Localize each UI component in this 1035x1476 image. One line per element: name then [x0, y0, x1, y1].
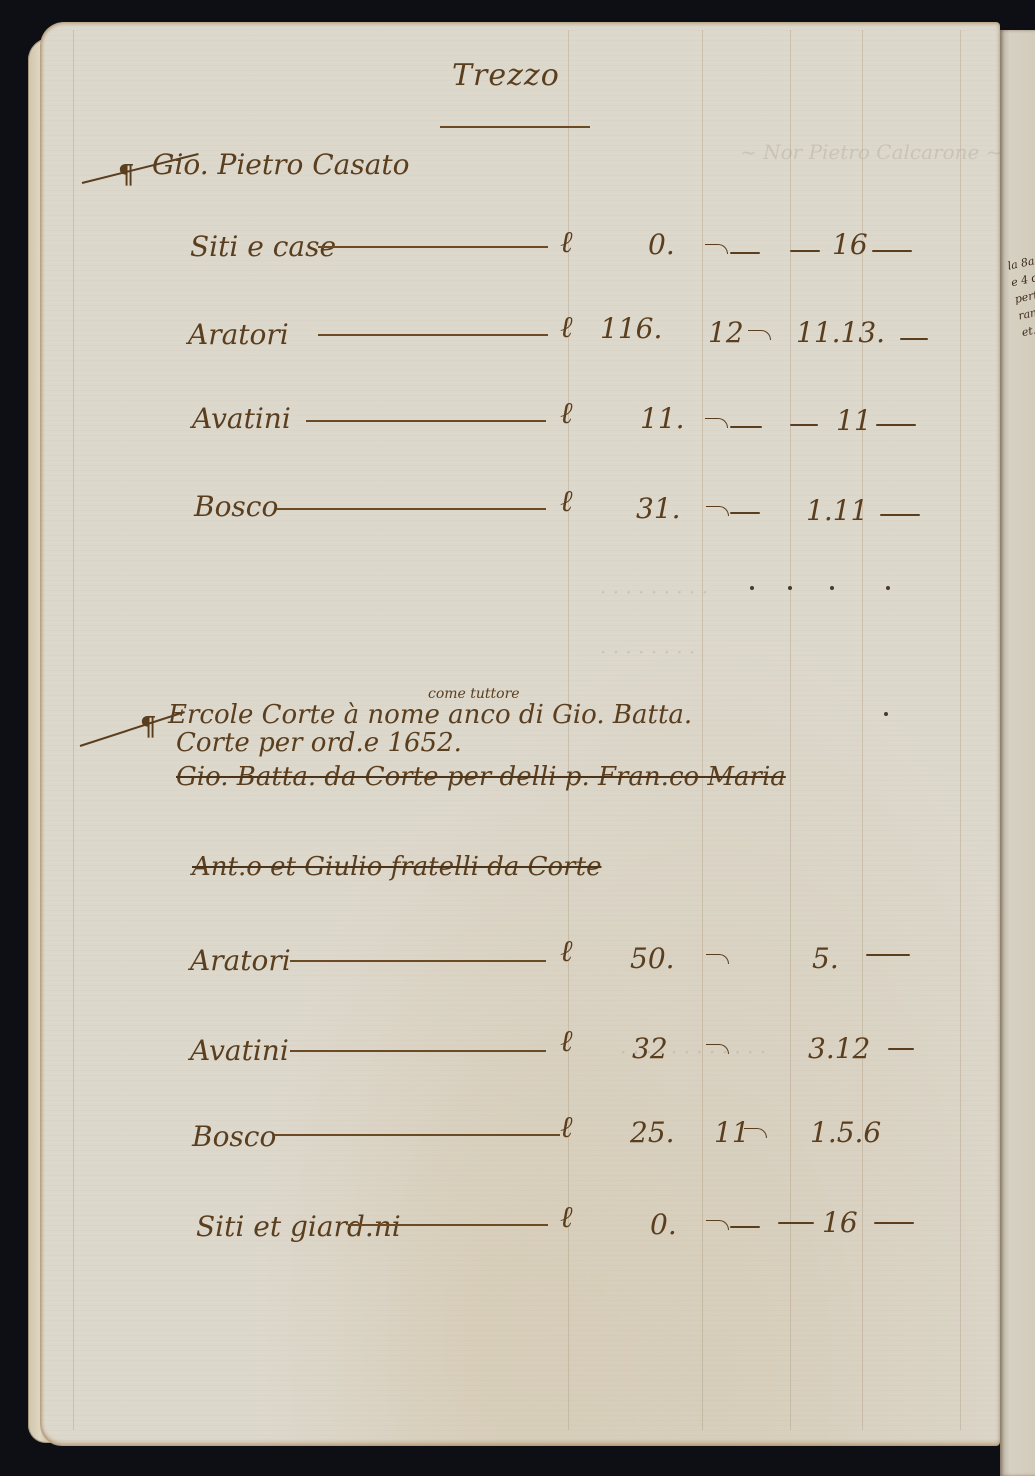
terminal-dash	[888, 1048, 914, 1050]
leader-line	[290, 960, 546, 962]
libra-sign: ℓ	[560, 934, 573, 969]
libra-sign: ℓ	[560, 1024, 573, 1059]
bleed-through-text: · · · · · · · · ·	[600, 580, 708, 604]
sub-amount: 11.13.	[796, 316, 885, 349]
libra-sign: ℓ	[560, 310, 573, 345]
terminal-dash	[900, 338, 928, 340]
ditto-dash	[778, 1222, 814, 1224]
leader-line	[318, 334, 548, 336]
adjacent-page-edge: la 8a e 4 d perte a randam et. 2.	[1000, 30, 1035, 1476]
terminal-dash	[876, 424, 916, 426]
page-heading: Trezzo	[452, 58, 560, 93]
section-owner-line-2: Corte per ord.e 1652.	[176, 728, 462, 758]
sub-amount: 1.11	[806, 494, 868, 527]
heading-underline	[440, 126, 590, 128]
ink-dot	[788, 586, 792, 590]
libra-sign: ℓ	[560, 1200, 573, 1235]
terminal-dash	[874, 1222, 914, 1224]
ditto-dash	[790, 424, 818, 426]
entry-name: Bosco	[194, 490, 278, 523]
entry-name: Bosco	[192, 1120, 276, 1153]
ditto-dash	[790, 250, 820, 252]
libra-sign: ℓ	[560, 1110, 573, 1145]
adjacent-margin-note: la 8a e 4 d perte a randam et. 2.	[1006, 249, 1035, 341]
entry-name: Aratori	[188, 318, 289, 351]
ink-dot	[884, 712, 888, 716]
terminal-dash	[872, 250, 912, 252]
section-marker: ¶	[118, 160, 135, 190]
amount: 25.	[630, 1116, 675, 1149]
ditto-hook	[744, 1128, 767, 1138]
libra-sign: ℓ	[560, 396, 573, 431]
amount: 31.	[636, 492, 681, 525]
amount: 50.	[630, 942, 675, 975]
bleed-through-text: · · · · · · · ·	[600, 640, 695, 664]
sub-amount: 16	[822, 1206, 858, 1239]
struck-subtitle: Ant.o et Giulio fratelli da Corte	[192, 852, 601, 882]
sub-amount: 1.5.6	[810, 1116, 881, 1149]
entry-name: Avatini	[190, 1034, 289, 1067]
ruled-column-line	[702, 30, 703, 1430]
ditto-hook	[705, 418, 728, 428]
entry-name: Aratori	[190, 944, 291, 977]
amount: 0.	[650, 1208, 677, 1241]
ditto-dash	[730, 426, 762, 428]
entry-name: Avatini	[192, 402, 291, 435]
sub-amount: 12	[708, 316, 744, 349]
leader-line	[290, 1050, 546, 1052]
ditto-hook	[705, 244, 728, 254]
amount: 32	[632, 1032, 668, 1065]
ditto-hook	[706, 1044, 729, 1054]
sub-amount: 11	[836, 404, 872, 437]
section-owner: Gio. Pietro Casato	[152, 148, 410, 181]
ditto-hook	[706, 954, 729, 964]
ditto-dash	[730, 1226, 760, 1228]
ditto-dash	[730, 512, 760, 514]
libra-sign: ℓ	[560, 484, 573, 519]
libra-sign: ℓ	[560, 225, 573, 260]
ditto-hook	[748, 330, 771, 340]
ditto-hook	[706, 1220, 729, 1230]
sub-amount: 5.	[812, 942, 839, 975]
entry-name: Siti e case	[190, 230, 336, 263]
leader-line	[274, 1134, 560, 1136]
leader-line	[306, 420, 546, 422]
ink-dot	[886, 586, 890, 590]
ruled-column-line	[960, 30, 961, 1430]
amount: 0.	[648, 228, 675, 261]
ruled-column-line	[790, 30, 791, 1430]
ruled-margin-line	[73, 30, 74, 1430]
ditto-dash	[730, 252, 760, 254]
ink-dot	[750, 586, 754, 590]
amount: 11.	[640, 402, 685, 435]
leader-line	[276, 508, 546, 510]
terminal-dash	[880, 514, 920, 516]
leader-line	[348, 1224, 548, 1226]
terminal-dash	[866, 954, 910, 956]
ditto-hook	[706, 506, 729, 516]
ink-dot	[830, 586, 834, 590]
section-owner: Ercole Corte à nome anco di Gio. Batta.	[168, 700, 692, 730]
struck-owner-line: Gio. Batta. da Corte per delli p. Fran.c…	[176, 762, 786, 792]
sub-amount: 3.12	[808, 1032, 870, 1065]
amount: 116.	[600, 312, 662, 345]
entry-name: Siti et giard.ni	[196, 1210, 401, 1243]
leader-line	[318, 246, 548, 248]
bleed-through-text: ~ Nor Pietro Calcarone ~	[740, 140, 1002, 164]
sub-amount: 16	[832, 228, 868, 261]
section-marker: ¶	[140, 712, 157, 742]
